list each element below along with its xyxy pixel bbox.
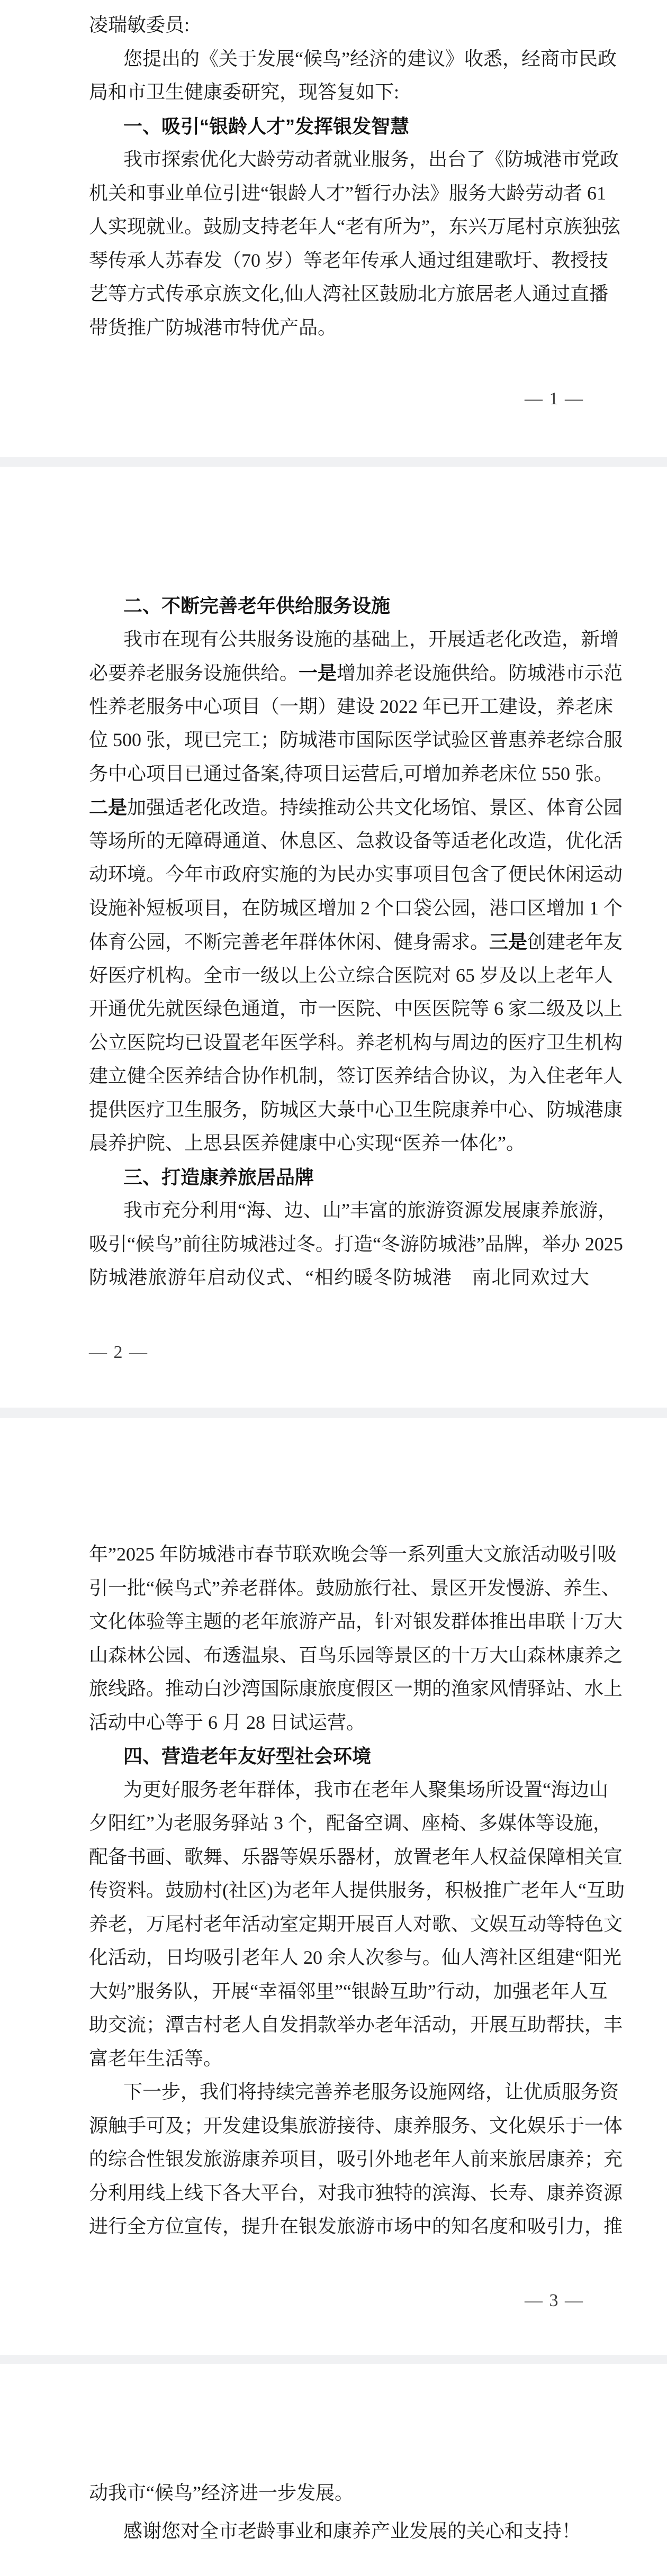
body-line: 动我市“候鸟”经济进一步发展。 <box>89 2477 589 2510</box>
body-line: 开通优先就医绿色通道，市一医院、中医医院等 6 家二级及以上 <box>89 992 589 1026</box>
document-page-4: 动我市“候鸟”经济进一步发展。 感谢您对全市老龄事业和康养产业发展的关心和支持！ <box>0 2364 667 2576</box>
body-line: 人实现就业。鼓励支持老年人“老有所为”，东兴万尾村京族独弦 <box>89 210 589 244</box>
closing-thanks: 感谢您对全市老龄事业和康养产业发展的关心和支持！ <box>89 2515 589 2548</box>
body-line: 夕阳红”为老服务驿站 3 个，配备空调、座椅、多媒体等设施， <box>89 1807 589 1840</box>
body-line: 配备书画、歌舞、乐器等娱乐器材，放置老年人权益保障相关宣 <box>89 1840 589 1874</box>
body-line: 动环境。今年市政府实施的为民办实事项目包含了便民休闲运动 <box>89 858 589 892</box>
page-separator <box>0 1408 667 1418</box>
document-viewer: 凌瑞敏委员: 您提出的《关于发展“候鸟”经济的建议》收悉，经商市民政 局和市卫生… <box>0 0 667 2576</box>
body-line: 局和市卫生健康委研究，现答复如下: <box>89 76 589 110</box>
body-line: 分利用线上线下各大平台，对我市独特的滨海、长寿、康养资源 <box>89 2176 589 2210</box>
page-separator <box>0 457 667 467</box>
section-heading-2: 二、不断完善老年供给服务设施 <box>89 589 589 623</box>
document-page-2: 二、不断完善老年供给服务设施 我市在现有公共服务设施的基础上，开展适老化改造，新… <box>0 467 667 1408</box>
body-line: 大妈”服务队，开展“幸福邻里”“银龄互助”行动，加强老年人互 <box>89 1975 589 2009</box>
body-line: 必要养老服务设施供给。一是增加养老设施供给。防城港市示范 <box>89 656 589 690</box>
section-heading-4: 四、营造老年友好型社会环境 <box>89 1739 589 1773</box>
page-separator <box>0 2355 667 2364</box>
body-line: 防城港旅游年启动仪式、“相约暖冬防城港 南北同欢过大 <box>89 1261 589 1295</box>
body-line: 富老年生活等。 <box>89 2042 589 2076</box>
body-line: 传资料。鼓励村(社区)为老年人提供服务，积极推广老年人“互助 <box>89 1874 589 1908</box>
body-line: 公立医院均已设置老年医学科。养老机构与周边的医疗卫生机构 <box>89 1026 589 1060</box>
body-line: 建立健全医养结合协作机制，签订医养结合协议，为入住老年人 <box>89 1059 589 1093</box>
body-line: 我市探索优化大龄劳动者就业服务，出台了《防城港市党政 <box>89 143 589 177</box>
body-line: 提供医疗卫生服务，防城区大菉中心卫生院康养中心、防城港康 <box>89 1093 589 1127</box>
body-line: 二是加强适老化改造。持续推动公共文化场馆、景区、体育公园 <box>89 791 589 824</box>
body-line: 性养老服务中心项目（一期）建设 2022 年已开工建设，养老床 <box>89 690 589 724</box>
body-line: 文化体验等主题的老年旅游产品，针对银发群体推出串联十万大 <box>89 1605 589 1639</box>
body-line: 旅线路。推动白沙湾国际康旅度假区一期的渔家风情驿站、水上 <box>89 1672 589 1706</box>
document-page-3: 年”2025 年防城港市春节联欢晚会等一系列重大文旅活动吸引吸 引一批“候鸟式”… <box>0 1418 667 2355</box>
body-line: 吸引“候鸟”前往防城港过冬。打造“冬游防城港”品牌，举办 2025 <box>89 1228 589 1262</box>
page-number: — 3 — <box>525 2284 584 2318</box>
body-line: 等场所的无障碍通道、休息区、急救设备等适老化改造，优化活 <box>89 824 589 858</box>
page-number: — 2 — <box>89 1336 148 1369</box>
body-line: 位 500 张，现已完工；防城港市国际医学试验区普惠养老综合服 <box>89 723 589 757</box>
salutation: 凌瑞敏委员: <box>89 8 589 42</box>
body-line: 好医疗机构。全市一级以上公立综合医院对 65 岁及以上老年人 <box>89 959 589 993</box>
section-heading-1: 一、吸引“银龄人才”发挥银发智慧 <box>89 110 589 143</box>
document-page-1: 凌瑞敏委员: 您提出的《关于发展“候鸟”经济的建议》收悉，经商市民政 局和市卫生… <box>0 0 667 457</box>
body-line: 带货推广防城港市特优产品。 <box>89 311 589 345</box>
body-line: 活动中心等于 6 月 28 日试运营。 <box>89 1706 589 1740</box>
body-line: 为更好服务老年群体，我市在老年人聚集场所设置“海边山 <box>89 1773 589 1807</box>
inline-bold-run: 一是 <box>299 662 337 684</box>
body-line: 琴传承人苏春发（70 岁）等老年传承人通过组建歌圩、教授技 <box>89 244 589 278</box>
body-line: 体育公园，不断完善老年群体休闲、健身需求。三是创建老年友 <box>89 925 589 959</box>
body-line: 我市充分利用“海、边、山”丰富的旅游资源发展康养旅游， <box>89 1194 589 1228</box>
body-line: 设施补短板项目，在防城区增加 2 个口袋公园，港口区增加 1 个 <box>89 892 589 926</box>
body-line: 的综合性银发旅游康养项目，吸引外地老年人前来旅居康养；充 <box>89 2143 589 2176</box>
body-line: 您提出的《关于发展“候鸟”经济的建议》收悉，经商市民政 <box>89 42 589 76</box>
body-line: 艺等方式传承京族文化,仙人湾社区鼓励北方旅居老人通过直播 <box>89 277 589 311</box>
body-line: 化活动，日均吸引老年人 20 余人次参与。仙人湾社区组建“阳光 <box>89 1941 589 1975</box>
body-line: 源触手可及；开发建设集旅游接待、康养服务、文化娱乐于一体 <box>89 2109 589 2143</box>
body-line: 下一步，我们将持续完善养老服务设施网络，让优质服务资 <box>89 2075 589 2109</box>
body-line: 我市在现有公共服务设施的基础上，开展适老化改造，新增 <box>89 623 589 657</box>
body-line: 引一批“候鸟式”养老群体。鼓励旅行社、景区开发慢游、养生、 <box>89 1572 589 1606</box>
body-line: 山森林公园、布透温泉、百鸟乐园等景区的十万大山森林康养之 <box>89 1639 589 1673</box>
body-line: 年”2025 年防城港市春节联欢晚会等一系列重大文旅活动吸引吸 <box>89 1538 589 1572</box>
page-number: — 1 — <box>525 382 584 416</box>
body-line: 务中心项目已通过备案,待项目运营后,可增加养老床位 550 张。 <box>89 757 589 791</box>
body-line: 助交流；潭吉村老人自发捐款举办老年活动，开展互助帮扶，丰 <box>89 2008 589 2042</box>
body-line: 机关和事业单位引进“银龄人才”暂行办法》服务大龄劳动者 61 <box>89 177 589 211</box>
body-line: 进行全方位宣传，提升在银发旅游市场中的知名度和吸引力，推 <box>89 2210 589 2244</box>
inline-bold-run: 三是 <box>489 931 527 953</box>
body-line: 养老，万尾村老年活动室定期开展百人对歌、文娱互动等特色文 <box>89 1908 589 1942</box>
body-line: 晨养护院、上思县医养健康中心实现“医养一体化”。 <box>89 1127 589 1160</box>
section-heading-3: 三、打造康养旅居品牌 <box>89 1160 589 1194</box>
inline-bold-run: 二是 <box>89 796 127 818</box>
